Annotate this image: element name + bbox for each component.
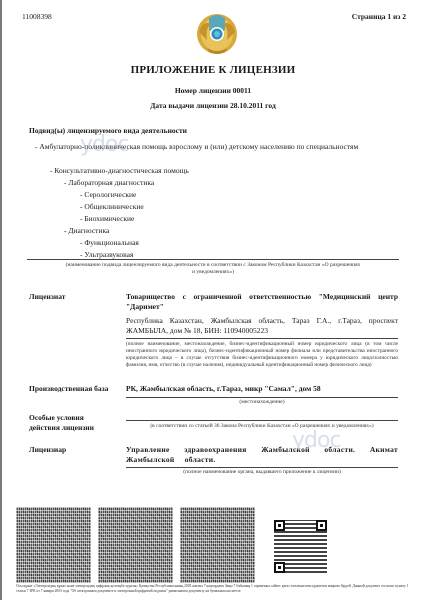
divider [126,397,398,398]
document-id: 11008398 [22,12,52,21]
license-number: Номер лицензии 00011 [0,86,426,95]
qr-code-icon [274,520,327,573]
watermark: ydoc [80,132,129,157]
activity-item: - Общеклинические [80,202,144,211]
licensor-caption: (полное наименование органа, выдавшего п… [126,469,398,476]
divider [126,467,398,468]
special-conditions-caption: (в соответствии со статьей 36 Закона Рес… [126,423,398,430]
divider [126,420,398,421]
licensor-value: Управление здравоохранения Жамбылской об… [126,445,398,465]
licensor-label: Лицензиар [29,445,66,455]
subtypes-caption-line1: (наименование подвида лицензируемого вид… [66,262,361,268]
production-base-label: Производственная база [29,384,108,394]
activity-item: - Диагностика [64,226,109,235]
licensee-address: Республика Казахстан, Жамбылская область… [126,316,398,336]
watermark: ydoc [292,428,341,453]
document-title: ПРИЛОЖЕНИЕ К ЛИЦЕНЗИИ [0,64,426,76]
subtypes-caption: (наименование подвида лицензируемого вид… [22,262,404,276]
production-base-value: РК, Жамбылская область, г.Тараз, микр "С… [126,384,398,394]
activity-item: - Функциональная [80,238,139,247]
special-conditions-label-line1: Особые условия [29,413,84,422]
activity-item: - Консультативно-диагностическая помощь [50,166,189,175]
license-issue-date: Дата выдачи лицензии 28.10.2011 год [0,101,426,110]
licensee-label: Лицензиат [29,292,65,302]
activity-item: - Ультразвуковая [80,250,133,259]
activity-item: - Биохимические [80,214,134,223]
activity-item: - Серологические [80,190,136,199]
page-indicator: Страница 1 из 2 [352,12,406,21]
production-base-caption: (местонахождение) [126,399,398,406]
2d-barcode-icon [180,507,255,583]
2d-barcode-icon [16,507,91,583]
licensee-caption: (полное наименование, местонахождение, б… [126,341,398,369]
licensee-name: Товарищество с ограниченной ответственно… [126,292,398,312]
footer-legal-note: Осы құжат «Электрондық құжат және электр… [16,584,412,594]
qr-finder-pattern [316,520,327,531]
2d-barcode-icon [98,507,173,583]
state-emblem-icon [195,10,239,56]
special-conditions-label: Особые условия действия лицензии [29,413,94,433]
activity-item: - Лабораторная диагностика [64,178,154,187]
divider [27,259,399,260]
qr-finder-pattern [274,562,285,573]
divider [126,338,398,339]
qr-finder-pattern [274,520,285,531]
subtypes-caption-line2: и уведомлениях») [192,269,234,275]
special-conditions-label-line2: действия лицензии [29,423,94,432]
